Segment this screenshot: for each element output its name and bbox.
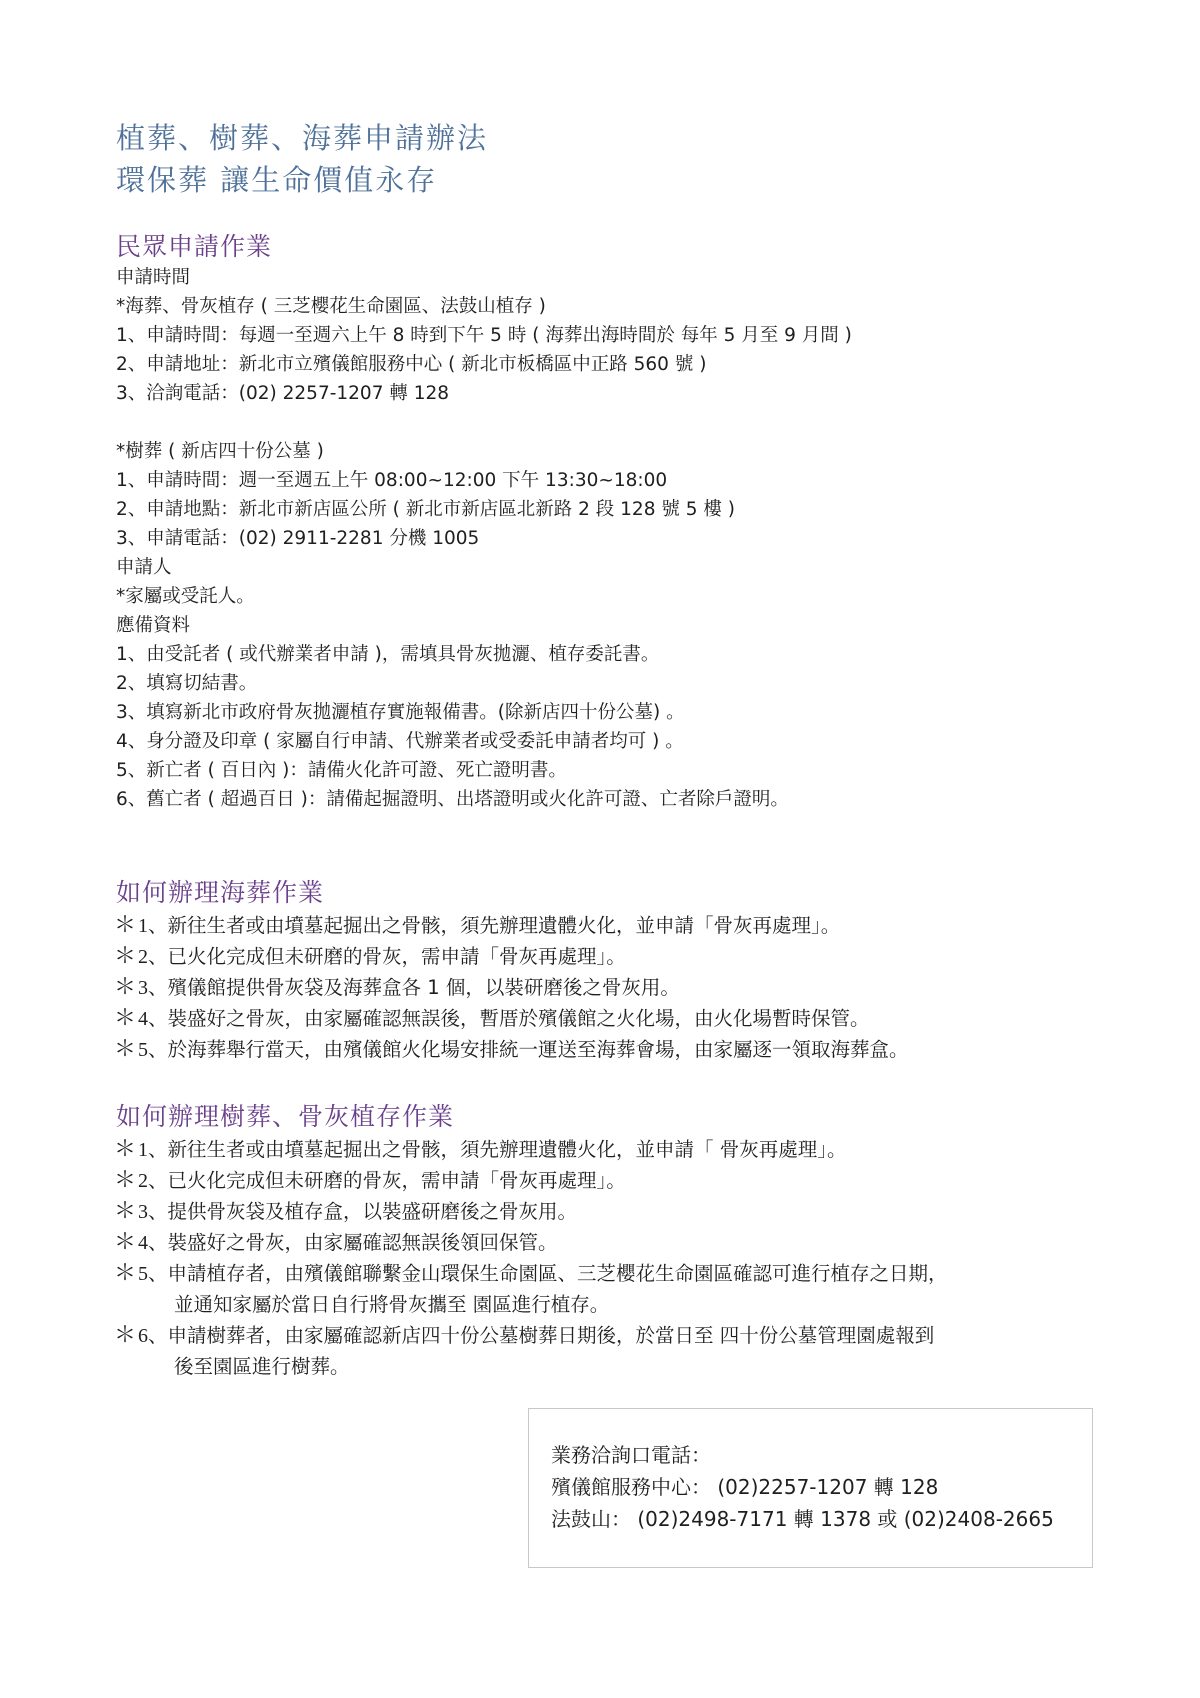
tree-burial-group-label: *樹葬 ( 新店四十份公墓 ) [116, 437, 324, 467]
list-item: ＊5、申請植存者，由殯儀館聯繫金山環保生命園區、三芝櫻花生命園區確認可進行植存之… [114, 1258, 948, 1290]
asterisk-icon: ＊ [114, 1006, 136, 1031]
list-item: ＊1、新往生者或由墳墓起掘出之骨骸，須先辦理遺體火化，並申請「 骨灰再處理」。 [114, 1134, 846, 1166]
list-item: ＊3、殯儀館提供骨灰袋及海葬盒各 1 個，以裝研磨後之骨灰用。 [114, 972, 680, 1004]
asterisk-icon: ＊ [114, 944, 136, 969]
list-item: ＊5、於海葬舉行當天，由殯儀館火化場安排統一運送至海葬會場，由家屬逐一領取海葬盒… [114, 1034, 909, 1066]
subheading-application-time: 申請時間 [116, 263, 190, 293]
asterisk-icon: ＊ [114, 1037, 136, 1062]
asterisk-icon: ＊ [114, 1168, 136, 1193]
list-item: 2、填寫切結書。 [116, 669, 257, 699]
list-item: 1、申請時間：週一至週五上午 08:00~12:00 下午 13:30~18:0… [116, 466, 667, 496]
asterisk-icon: ＊ [114, 1199, 136, 1224]
asterisk-icon: ＊ [114, 1137, 136, 1162]
list-item-continuation: 後至園區進行樹葬。 [174, 1351, 350, 1382]
list-item: ＊2、已火化完成但未研磨的骨灰，需申請「骨灰再處理」。 [114, 1165, 626, 1197]
list-item: 1、申請時間：每週一至週六上午 8 時到下午 5 時 ( 海葬出海時間於 每年 … [116, 321, 852, 351]
list-item: ＊4、裝盛好之骨灰，由家屬確認無誤後，暫厝於殯儀館之火化場，由火化場暫時保管。 [114, 1003, 870, 1035]
list-item: 5、新亡者 ( 百日內 )：請備火化許可證、死亡證明書。 [116, 756, 567, 786]
list-item: 2、申請地點：新北市新店區公所 ( 新北市新店區北新路 2 段 128 號 5 … [116, 495, 735, 525]
asterisk-icon: ＊ [114, 1230, 136, 1255]
list-item: 1、由受託者 ( 或代辦業者申請 )，需填具骨灰拋灑、植存委託書。 [116, 640, 659, 670]
asterisk-icon: ＊ [114, 1261, 136, 1286]
list-item: ＊3、提供骨灰袋及植存盒，以裝盛研磨後之骨灰用。 [114, 1196, 577, 1228]
applicant-text: *家屬或受託人。 [116, 582, 255, 612]
subheading-applicant: 申請人 [116, 553, 172, 583]
document-subtitle: 環保葬 讓生命價值永存 [116, 160, 437, 200]
list-item: 3、申請電話：(02) 2911-2281 分機 1005 [116, 524, 479, 554]
contact-heading: 業務洽詢口電話： [551, 1439, 711, 1471]
contact-dharma-drum-phone: 法鼓山： (02)2498-7171 轉 1378 或 (02)2408-266… [551, 1503, 1054, 1535]
document-title: 植葬、樹葬、海葬申請辦法 [116, 118, 488, 158]
sea-burial-group-label: *海葬、骨灰植存 ( 三芝櫻花生命園區、法鼓山植存 ) [116, 292, 546, 322]
list-item: ＊2、已火化完成但未研磨的骨灰，需申請「骨灰再處理」。 [114, 941, 626, 973]
asterisk-icon: ＊ [114, 1323, 136, 1348]
list-item: 4、身分證及印章 ( 家屬自行申請、代辦業者或受委託申請者均可 ) 。 [116, 727, 684, 757]
list-item-continuation: 並通知家屬於當日自行將骨灰攜至 園區進行植存。 [174, 1289, 609, 1320]
contact-funeral-home-phone: 殯儀館服務中心： (02)2257-1207 轉 128 [551, 1471, 938, 1503]
section-heading-sea-burial: 如何辦理海葬作業 [116, 876, 324, 910]
document-page: 植葬、樹葬、海葬申請辦法 環保葬 讓生命價值永存 民眾申請作業 申請時間 *海葬… [0, 0, 1200, 1698]
asterisk-icon: ＊ [114, 913, 136, 938]
list-item: 3、填寫新北市政府骨灰拋灑植存實施報備書。(除新店四十份公墓) 。 [116, 698, 685, 728]
list-item: 2、申請地址：新北市立殯儀館服務中心 ( 新北市板橋區中正路 560 號 ) [116, 350, 706, 380]
section-heading-tree-burial: 如何辦理樹葬、骨灰植存作業 [116, 1100, 454, 1134]
list-item: ＊1、新往生者或由墳墓起掘出之骨骸，須先辦理遺體火化，並申請「骨灰再處理」。 [114, 910, 840, 942]
list-item: ＊6、申請樹葬者，由家屬確認新店四十份公墓樹葬日期後，於當日至 四十份公墓管理園… [114, 1320, 934, 1352]
contact-info-box: 業務洽詢口電話： 殯儀館服務中心： (02)2257-1207 轉 128 法鼓… [528, 1408, 1093, 1568]
list-item: 6、舊亡者 ( 超過百日 )：請備起掘證明、出塔證明或火化許可證、亡者除戶證明。 [116, 785, 789, 815]
asterisk-icon: ＊ [114, 975, 136, 1000]
subheading-required-documents: 應備資料 [116, 611, 190, 641]
list-item: 3、洽詢電話：(02) 2257-1207 轉 128 [116, 379, 449, 409]
list-item: ＊4、裝盛好之骨灰，由家屬確認無誤後領回保管。 [114, 1227, 558, 1259]
section-heading-public-application: 民眾申請作業 [116, 230, 272, 264]
